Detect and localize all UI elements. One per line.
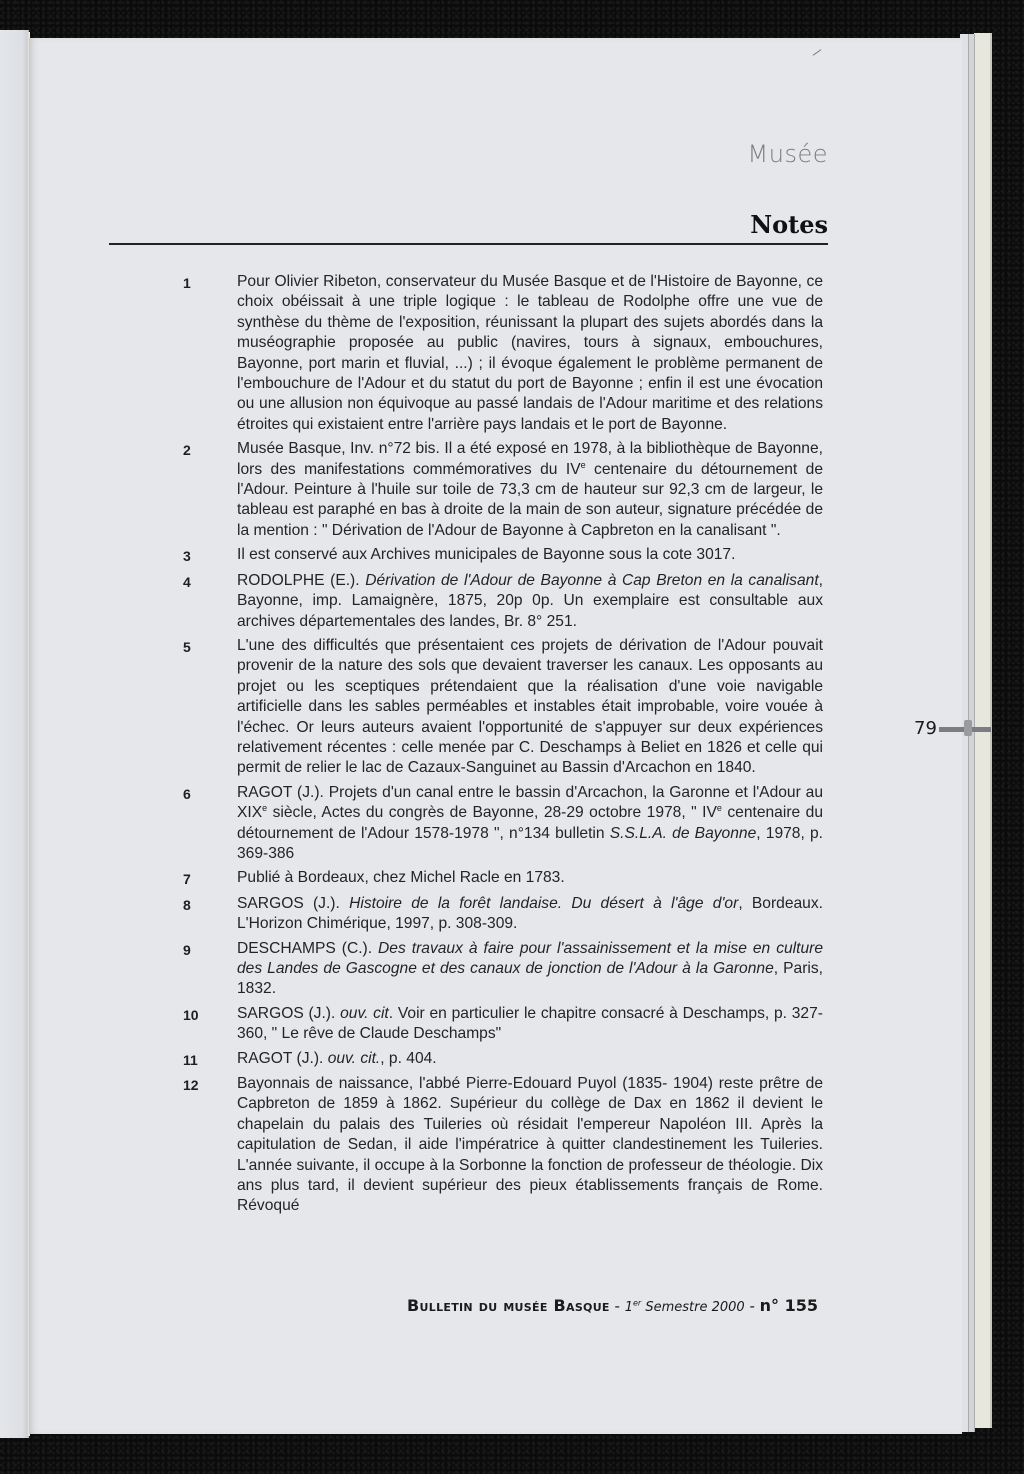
section-title: Musée <box>748 140 828 168</box>
note-number: 9 <box>175 939 237 1000</box>
superscript: er <box>633 1299 641 1308</box>
citation-author: RAGOT (J.). <box>237 1050 328 1067</box>
note-item: 8 SARGOS (J.). Histoire de la forêt land… <box>175 894 823 935</box>
note-item: 10 SARGOS (J.). ouv. cit. Voir en partic… <box>175 1004 823 1045</box>
footer-separator: - <box>745 1297 760 1315</box>
note-number: 4 <box>175 571 237 632</box>
citation-author: SARGOS (J.). <box>237 1005 340 1022</box>
note-text: SARGOS (J.). Histoire de la forêt landai… <box>237 894 823 935</box>
citation-title: S.S.L.A. de Bayonne <box>610 825 757 842</box>
citation-author: RODOLPHE (E.). <box>237 572 365 589</box>
citation-author: SARGOS (J.). <box>237 895 349 912</box>
citation-title: ouv. cit. <box>328 1050 381 1067</box>
note-item: 4 RODOLPHE (E.). Dérivation de l'Adour d… <box>175 571 823 632</box>
note-item: 3 Il est conservé aux Archives municipal… <box>175 545 823 566</box>
note-text: RODOLPHE (E.). Dérivation de l'Adour de … <box>237 571 823 632</box>
note-number: 8 <box>175 894 237 935</box>
note-item: 6 RAGOT (J.). Projets d'un canal entre l… <box>175 783 823 865</box>
note-text: L'une des difficultés que présentaient c… <box>237 636 823 779</box>
semester-number: 1 <box>625 1300 633 1315</box>
note-text: Publié à Bordeaux, chez Michel Racle en … <box>237 868 823 889</box>
semester-label: Semestre 2000 <box>641 1300 744 1315</box>
semester: 1er Semestre 2000 <box>625 1300 745 1315</box>
bulletin-title: Bulletin du musée Basque <box>407 1296 610 1315</box>
note-item: 12 Bayonnais de naissance, l'abbé Pierre… <box>175 1074 823 1217</box>
note-item: 5 L'une des difficultés que présentaient… <box>175 636 823 779</box>
note-text: DESCHAMPS (C.). Des travaux à faire pour… <box>237 939 823 1000</box>
note-number: 2 <box>175 439 237 541</box>
note-text: RAGOT (J.). ouv. cit., p. 404. <box>237 1049 823 1070</box>
note-number: 11 <box>175 1049 237 1070</box>
note-item: 7 Publié à Bordeaux, chez Michel Racle e… <box>175 868 823 889</box>
page-heading: Notes <box>750 210 828 239</box>
note-item: 1 Pour Olivier Ribeton, conservateur du … <box>175 272 823 435</box>
issue-number: n° 155 <box>760 1296 818 1315</box>
citation-title: Histoire de la forêt landaise. Du désert… <box>349 895 738 912</box>
note-text: RAGOT (J.). Projets d'un canal entre le … <box>237 783 823 865</box>
note-text: Pour Olivier Ribeton, conservateur du Mu… <box>237 272 823 435</box>
note-number: 3 <box>175 545 237 566</box>
note-number: 6 <box>175 783 237 865</box>
note-item: 2 Musée Basque, Inv. n°72 bis. Il a été … <box>175 439 823 541</box>
citation-title: Dérivation de l'Adour de Bayonne à Cap B… <box>365 572 818 589</box>
note-item: 9 DESCHAMPS (C.). Des travaux à faire po… <box>175 939 823 1000</box>
note-number: 7 <box>175 868 237 889</box>
note-text: Il est conservé aux Archives municipales… <box>237 545 823 566</box>
note-number: 12 <box>175 1074 237 1217</box>
footer-separator: - <box>610 1297 625 1315</box>
note-text-part: siècle, Actes du congrès de Bayonne, 28-… <box>267 804 717 821</box>
citation-title: ouv. cit <box>340 1005 389 1022</box>
note-number: 1 <box>175 272 237 435</box>
note-item: 11 RAGOT (J.). ouv. cit., p. 404. <box>175 1049 823 1070</box>
facing-page-edge <box>0 30 29 1438</box>
note-text: SARGOS (J.). ouv. cit. Voir en particuli… <box>237 1004 823 1045</box>
note-number: 5 <box>175 636 237 779</box>
footer: Bulletin du musée Basque - 1er Semestre … <box>407 1296 818 1315</box>
citation-details: , p. 404. <box>380 1050 436 1067</box>
note-text: Bayonnais de naissance, l'abbé Pierre-Ed… <box>237 1074 823 1217</box>
notes-list: 1 Pour Olivier Ribeton, conservateur du … <box>175 272 823 1221</box>
page-tab-marker-knob <box>964 720 972 736</box>
note-number: 10 <box>175 1004 237 1045</box>
heading-rule <box>109 243 828 245</box>
note-text: Musée Basque, Inv. n°72 bis. Il a été ex… <box>237 439 823 541</box>
page-number: 79 <box>914 718 937 739</box>
citation-author: DESCHAMPS (C.). <box>237 940 378 957</box>
